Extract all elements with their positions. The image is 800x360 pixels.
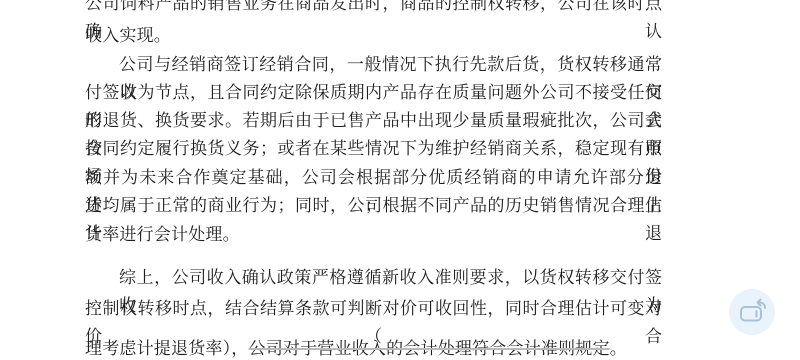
document-page: 公司饲料产品的销售业务在商品发出时，商品的控制权转移，公司在该时点确认 收入实现… (0, 0, 800, 360)
document-line: 货率进行会计处理。 (85, 221, 662, 249)
last-line-suffix: 。 (610, 339, 627, 358)
document-line: 额并为未来合作奠定基础，公司会根据部分优质经销商的申请允许部分退货；上 (85, 164, 662, 192)
document-line: 的退货、换货要求。若期后由于已售产品中出现少量质量瑕疵批次，公司会按照 (85, 107, 662, 135)
rotate-screen-icon (729, 289, 775, 335)
document-line: 收入实现。 (85, 22, 662, 50)
struck-text: 公司对于营业收入的会计处理符合会计准则规定 (249, 339, 610, 358)
document-line: 控制权转移时点，结合结算条款可判断对价可收回性，同时合理估计可变对价（合 (85, 295, 662, 323)
document-line: 付签收为节点，且合同约定除保质期内产品存在质量问题外公司不接受任何形式 (85, 79, 662, 107)
last-line-prefix: 理考虑计提退货率）， (85, 339, 249, 358)
document-line: 合同约定履行换货义务；或者在某些情况下为维护经销商关系，稳定现有市场份 (85, 135, 662, 163)
document-line: 公司饲料产品的销售业务在商品发出时，商品的控制权转移，公司在该时点确认 (85, 0, 662, 18)
document-line: 综上，公司收入确认政策严格遵循新收入准则要求，以货权转移交付签收为 (85, 264, 662, 292)
document-text-layer: 公司饲料产品的销售业务在商品发出时，商品的控制权转移，公司在该时点确认 收入实现… (85, 0, 662, 360)
document-line: 理考虑计提退货率），公司对于营业收入的会计处理符合会计准则规定。 (85, 335, 662, 360)
rotate-screen-button[interactable] (729, 289, 775, 335)
document-line: 述均属于正常的商业行为；同时，公司根据不同产品的历史销售情况合理估计退 (85, 192, 662, 220)
document-line: 公司与经销商签订经销合同，一般情况下执行先款后货，货权转移通常以交 (85, 51, 662, 79)
